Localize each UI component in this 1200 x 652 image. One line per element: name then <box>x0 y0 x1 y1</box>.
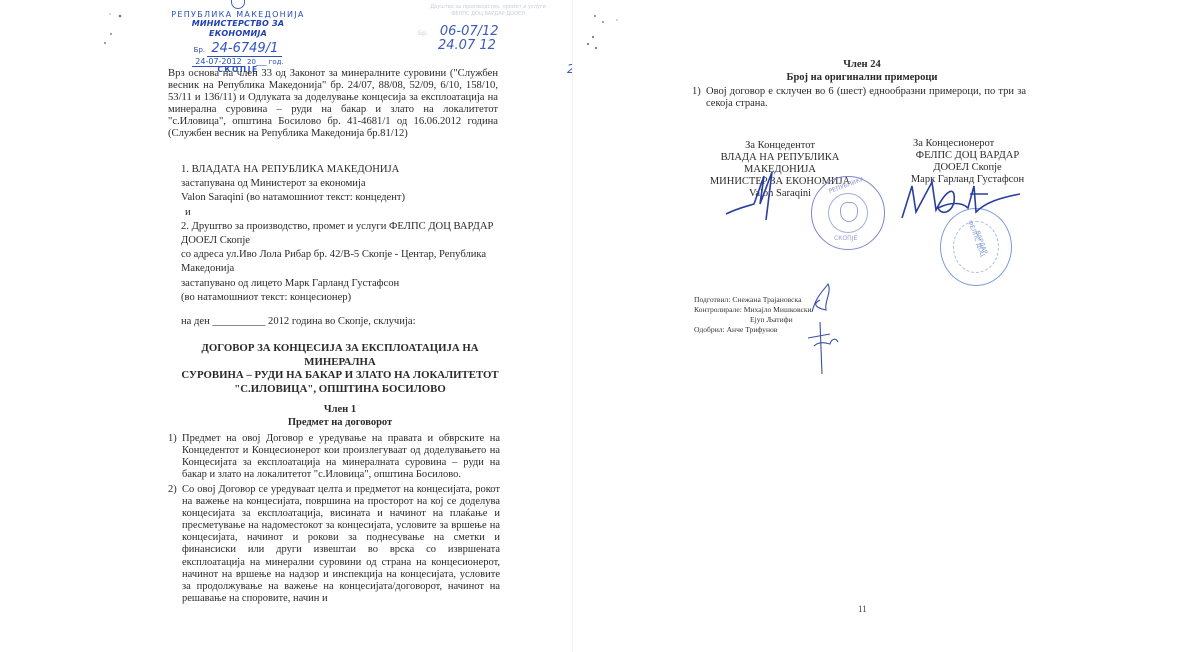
article-1-heading: Член 1 Предмет на договорот <box>170 403 510 429</box>
party-line: (во натамошниот текст: концесионер) <box>181 291 501 305</box>
party-line: ДООЕЛ Скопје <box>181 234 501 248</box>
ministry-round-seal: РЕПУБЛИКА СКОПЈЕ <box>811 176 885 250</box>
party-line: и <box>181 206 501 220</box>
approved-by-line: Одобрил: Анче Трифунов <box>694 325 812 335</box>
contract-title: ДОГОВОР ЗА КОНЦЕСИЈА ЗА ЕКСПЛОАТАЦИЈА НА… <box>170 342 510 396</box>
stamp-year-label: год. <box>269 58 284 66</box>
item-text: Со овој Договор се уредуваат целта и пре… <box>182 484 500 605</box>
handwritten-signature-minister <box>720 170 800 230</box>
item-number: 1) <box>692 86 701 98</box>
party-line: застапувано од лицето Марк Гарланд Густа… <box>181 277 501 291</box>
signature-line: ФЕЛПС ДОЦ ВАРДАР <box>905 150 1030 162</box>
party-line: 2. Друштво за производство, промет и усл… <box>181 220 501 234</box>
company-registry-stamp: Друштво за производство, промет и услуги… <box>418 4 558 52</box>
controlled-by-line: Контролирале: Михајло Мишковски <box>694 305 812 315</box>
company-stamp-handwritten-date: 24.07 12 <box>438 40 558 52</box>
party-line: со адреса ул.Иво Лола Рибар бр. 42/В-5 С… <box>181 248 501 262</box>
coat-of-arms-icon <box>840 202 858 222</box>
scan-specks <box>565 4 625 54</box>
item-text: Предмет на овој Договор е уредување на п… <box>182 433 500 481</box>
prepared-by-block: Подготвил: Снежана Трајановска Контролир… <box>694 295 812 335</box>
contract-title-line: "С.ИЛОВИЦА", ОПШТИНА БОСИЛОВО <box>170 383 510 397</box>
signature-line: За Концесионерот <box>913 138 1030 150</box>
contract-title-line: ДОГОВОР ЗА КОНЦЕСИЈА ЗА ЕКСПЛОАТАЦИЈА НА… <box>170 342 510 369</box>
article-title: Број на оригинални примероци <box>682 71 1042 84</box>
company-stamp-handwritten-number: 06-07/12 <box>440 24 499 39</box>
contracting-parties: 1. ВЛАДАТА НА РЕПУБЛИКА МАКЕДОНИЈА заста… <box>181 163 501 329</box>
party-line: Македонија <box>181 262 501 276</box>
coat-of-arms-icon <box>231 0 245 9</box>
article-24-heading: Член 24 Број на оригинални примероци <box>682 58 1042 84</box>
item-text: Овој договор е склучен во 6 (шест) едноо… <box>706 86 1026 110</box>
article-item: 2) Со овој Договор се уредуваат целта и … <box>168 484 500 605</box>
company-stamp-number-label: Бр. <box>418 30 428 37</box>
contract-title-line: СУРОВИНА – РУДИ НА БАКАР И ЗЛАТО НА ЛОКА… <box>170 369 510 383</box>
seal-text: СКОПЈЕ <box>834 235 857 242</box>
article-item: 1) Овој договор е склучен во 6 (шест) ед… <box>692 86 1026 110</box>
article-number: Член 1 <box>170 403 510 416</box>
item-number: 1) <box>168 433 177 445</box>
stamp-country: РЕПУБЛИКА МАКЕДОНИЈА <box>168 10 308 19</box>
controlled-by-line: Ејуп Љатифи <box>694 315 812 325</box>
handwritten-signature-concessionaire <box>896 172 1026 232</box>
stamp-number-value: 24-6749/1 <box>207 41 282 57</box>
stamp-number-label: Бр. <box>194 46 205 54</box>
prepared-by-line: Подготвил: Снежана Трајановска <box>694 295 812 305</box>
legal-basis-paragraph: Врз основа на член 33 од Законот за мине… <box>168 68 498 141</box>
party-line: 1. ВЛАДАТА НА РЕПУБЛИКА МАКЕДОНИЈА <box>181 163 501 177</box>
company-stamp-faint-line1: Друштво за производство, промет и услуги <box>418 4 558 11</box>
signature-line: За Концедентот <box>690 140 870 152</box>
stamp-ministry: МИНИСТЕРСТВО ЗА ЕКОНОМИЈА <box>168 19 308 39</box>
page-number: 11 <box>858 604 867 614</box>
document-page-left: РЕПУБЛИКА МАКЕДОНИЈА МИНИСТЕРСТВО ЗА ЕКО… <box>0 0 572 652</box>
company-stamp-faint-line2: ФЕЛПС ДОЦ ВАРДАР ДООЕЛ <box>418 11 558 18</box>
conclusion-line: на ден __________ 2012 година во Скопје,… <box>181 315 501 329</box>
scan-specks <box>96 8 136 48</box>
article-title: Предмет на договорот <box>170 416 510 429</box>
ministry-registry-stamp: РЕПУБЛИКА МАКЕДОНИЈА МИНИСТЕРСТВО ЗА ЕКО… <box>168 0 308 74</box>
item-number: 2) <box>168 484 177 496</box>
article-item: 1) Предмет на овој Договор е уредување н… <box>168 433 500 481</box>
party-line: застапувана од Министерот за економија <box>181 177 501 191</box>
article-number: Член 24 <box>682 58 1042 71</box>
party-line: Valon Saraqini (во натамошниот текст: ко… <box>181 191 501 205</box>
